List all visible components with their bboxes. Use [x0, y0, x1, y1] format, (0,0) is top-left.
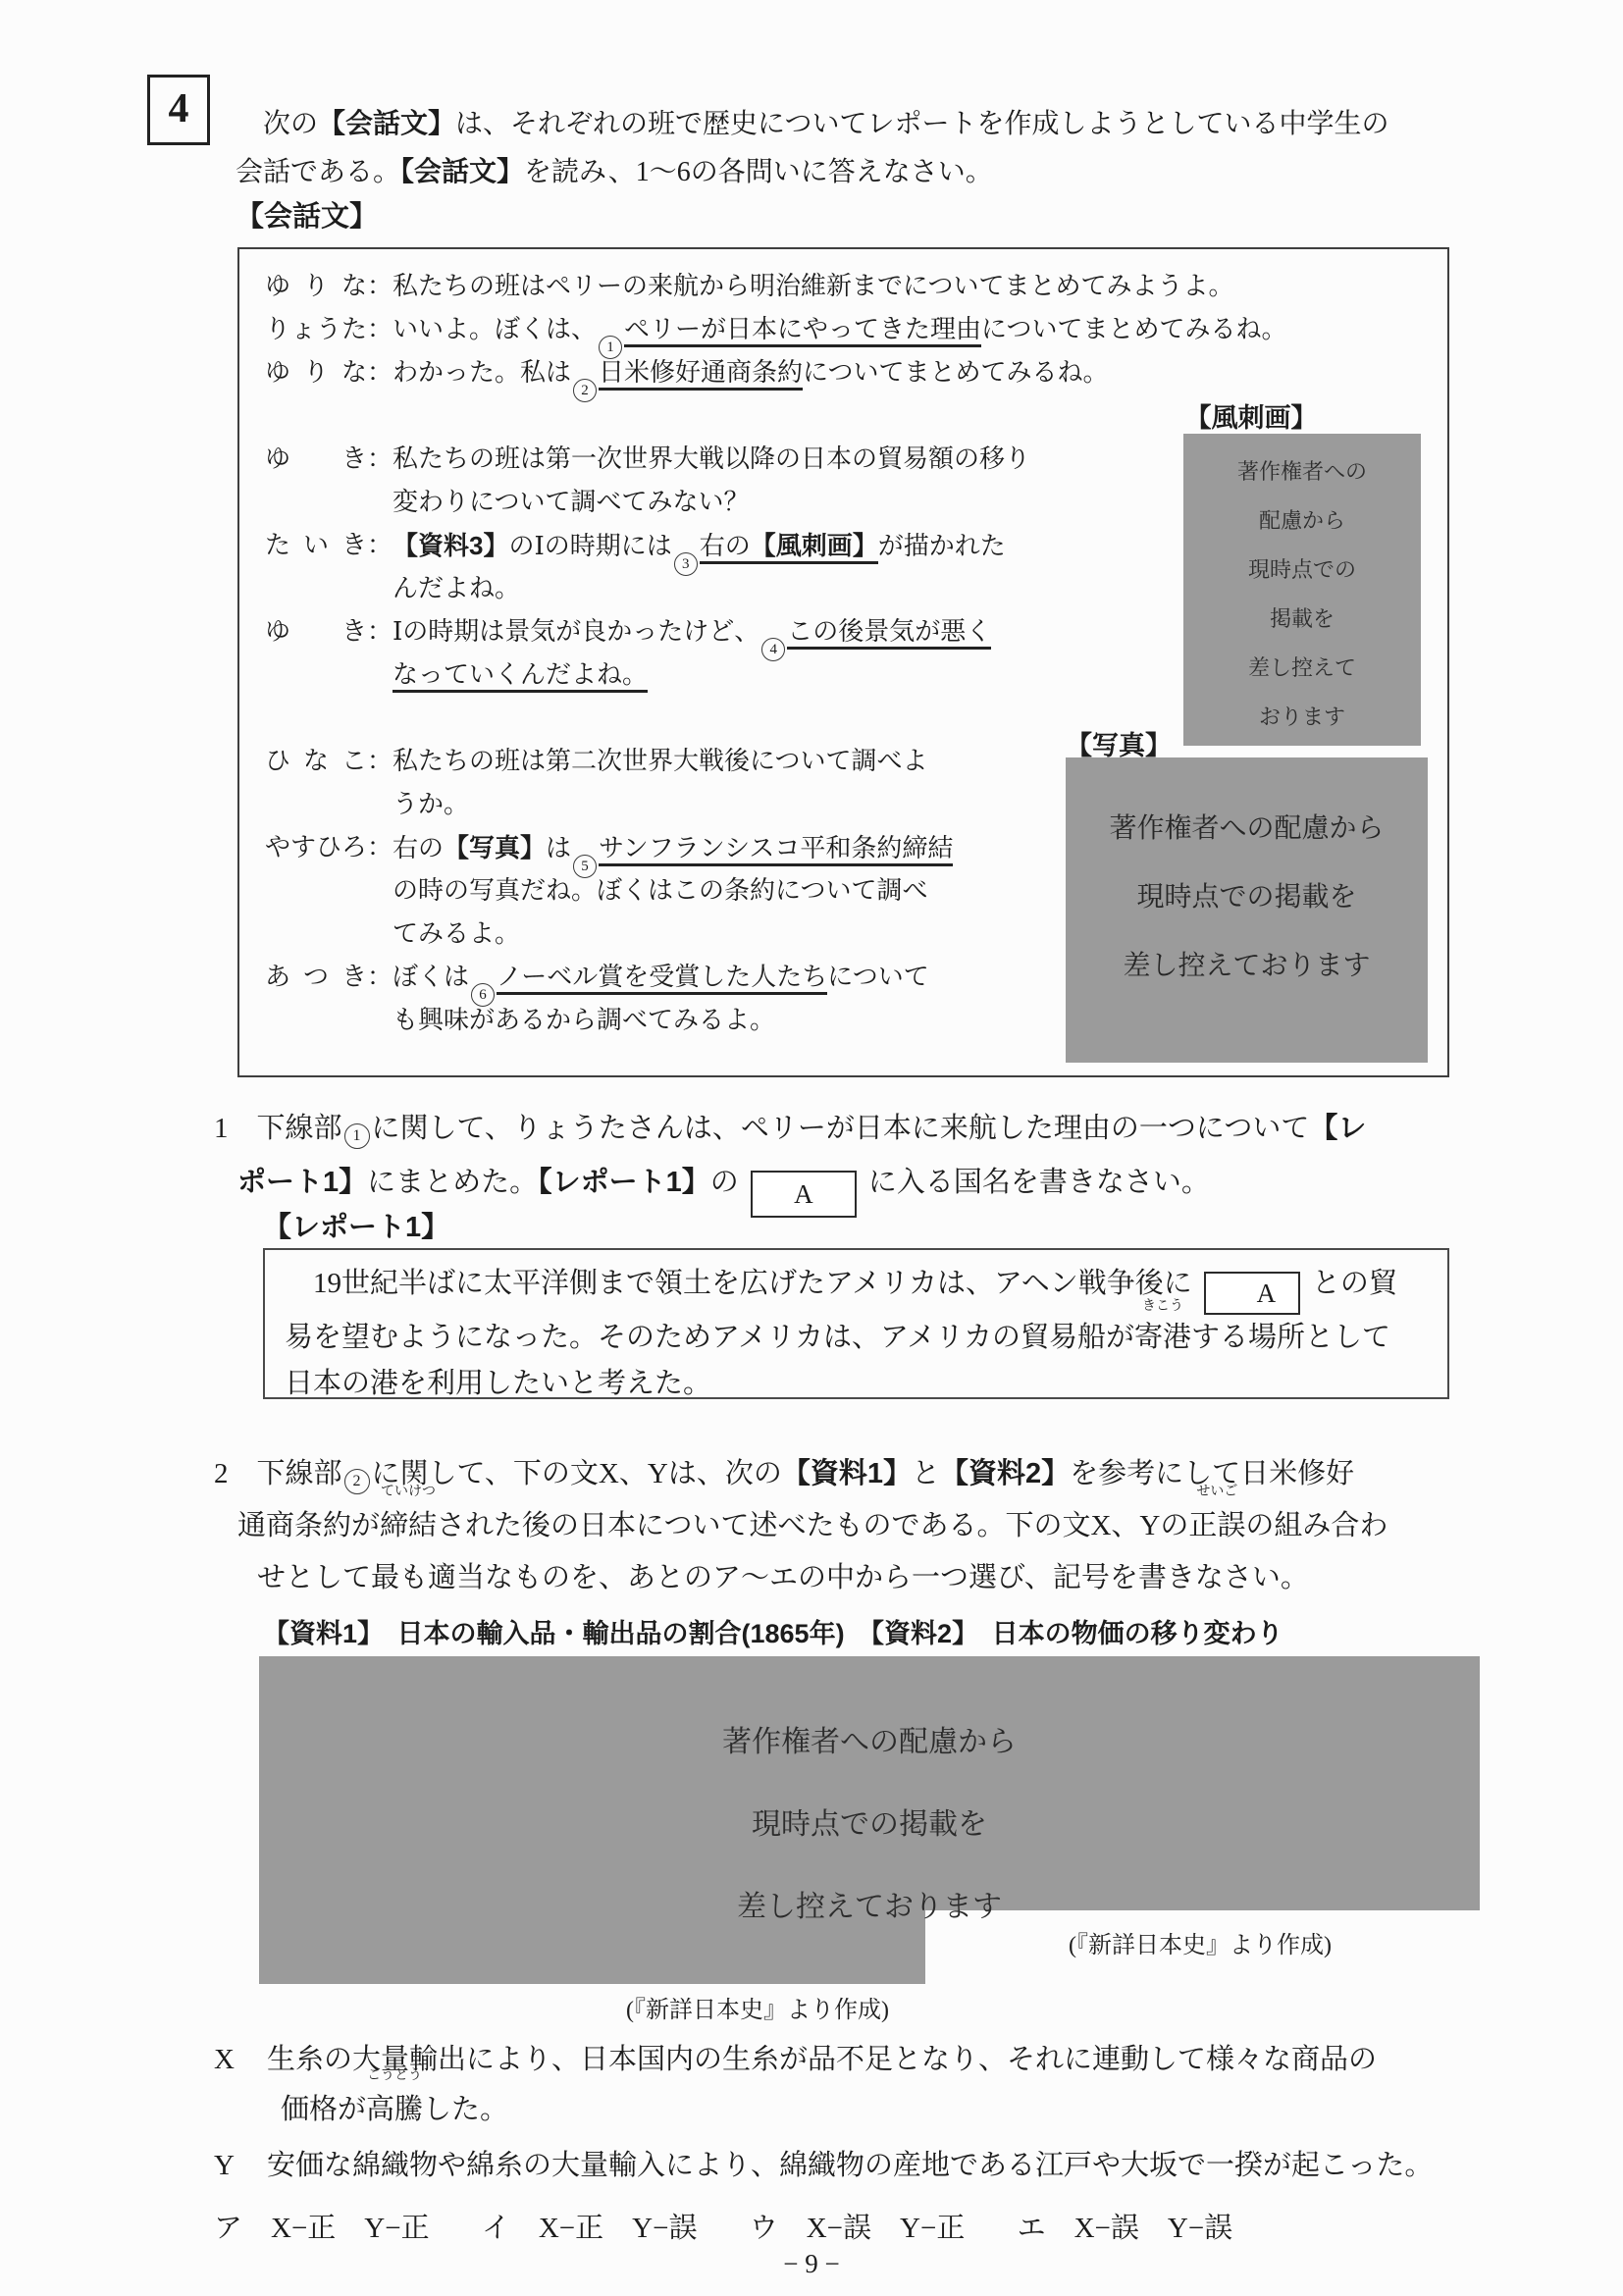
placeholder-line: 著作権者への配慮から	[259, 1701, 1480, 1784]
text-run: は、それぞれの班で歴史についてレポートを作成しようとしている中学生の	[455, 109, 1388, 139]
speaker-name: ゆき	[265, 438, 367, 481]
speech-body: わかった。私は2日米修好通商条約についてまとめてみるね。	[393, 351, 1447, 394]
statement-x-line-2: 価格が高騰こうとうした。	[281, 2084, 1377, 2135]
furigana: せいご	[1196, 1486, 1237, 1499]
statement-y-line-1: 安価な綿織物や綿糸の大量輸入により、綿織物の産地である江戸や大坂で一揆が起こった…	[267, 2141, 1433, 2190]
text-run: んだよね。	[393, 574, 520, 602]
speech-line: 私たちの班はペリーの来航から明治維新までについてまとめてみようよ。	[393, 265, 1447, 308]
speaker-name: ゆりな	[265, 351, 367, 394]
placeholder-line: 現時点での掲載を	[259, 1784, 1480, 1866]
text-run: の	[710, 1167, 739, 1198]
statement-x: X 生糸の大量輸出により、日本国内の生糸が品不足となり、それに連動して様々な商品…	[214, 2035, 1377, 2135]
choice-e: エ X−誤 Y−誤	[1018, 2213, 1233, 2244]
text-run: せとして最も適当なものを、あとのア～エの中から一つ選び、記号を書きなさい。	[257, 1562, 1309, 1593]
speaker-colon: ：	[367, 308, 393, 351]
circled-number: 2	[344, 1469, 370, 1494]
text-run: 【会話文】	[318, 108, 455, 138]
placeholder-line: 差し控えて	[1183, 644, 1421, 693]
speaker-colon: ：	[367, 956, 393, 999]
text-run: 変わりについて調べてみない？	[393, 488, 749, 516]
text-run: 会話である。	[236, 157, 400, 187]
text-run: との貿	[1312, 1268, 1397, 1299]
text-run: にまとめた。	[367, 1167, 538, 1198]
placeholder-line: 著作権者への配慮から	[1066, 795, 1428, 863]
text-run: に関して、りょうたさんは、ペリーが日本に来航した理由の一つについて	[372, 1113, 1310, 1144]
speech-body: 私たちの班はペリーの来航から明治維新までについてまとめてみようよ。	[393, 265, 1447, 308]
placeholder-line: おります	[1183, 693, 1421, 742]
intro-line-2: 会話である。【会話文】を読み、1～6の各問いに答えなさい。	[236, 148, 1388, 196]
speech-row: ゆりな：わかった。私は2日米修好通商条約についてまとめてみるね。	[265, 351, 1447, 394]
text-run: Ⅰの時期は景気が良かったけど、	[393, 617, 759, 646]
text-run: について	[827, 963, 928, 991]
statement-x-line-1: 生糸の大量輸出により、日本国内の生糸が品不足となり、それに連動して様々な商品の	[267, 2035, 1377, 2084]
text-run: いいよ。ぼくは、	[393, 315, 597, 343]
intro-line-1: 次の【会話文】は、それぞれの班で歴史についてレポートを作成しようとしている中学生…	[236, 100, 1388, 148]
report1-line-3: 日本の港を利用したいと考えた。	[285, 1361, 1428, 1406]
underlined-text: 【風刺画】	[751, 531, 878, 564]
circled-number: 1	[344, 1123, 370, 1149]
text-run: のⅠの時期には	[508, 532, 671, 560]
speaker-colon: ：	[367, 438, 393, 481]
q2-line-2: 通商条約が締結ていけつされた後の日本について述べたものである。下の文X、Yの正誤…	[237, 1500, 1387, 1552]
placeholder-line: 差し控えております	[1066, 932, 1428, 1001]
speaker-colon: ：	[367, 265, 393, 308]
circled-number: 6	[471, 983, 495, 1007]
circled-number: 4	[761, 638, 785, 661]
q2-line-3: せとして最も適当なものを、あとのア～エの中から一つ選び、記号を書きなさい。	[257, 1552, 1387, 1604]
text-run: てみるよ。	[393, 919, 520, 948]
text-run: うか。	[393, 790, 469, 818]
placeholder-line: 掲載を	[1183, 595, 1421, 644]
text-run: 価格が	[281, 2094, 366, 2125]
text-run: 【レ	[1309, 1113, 1366, 1144]
speaker-colon: ：	[367, 740, 393, 783]
text-run: 【会話文】	[400, 156, 524, 186]
placeholder-line: 配慮から	[1183, 496, 1421, 546]
choice-u: ウ X−誤 Y−正	[750, 2213, 966, 2244]
speech-body: いいよ。ぼくは、1ペリーが日本にやってきた理由についてまとめてみるね。	[393, 308, 1447, 351]
choice-i: イ X−正 Y−誤	[482, 2213, 698, 2244]
kaiwabun-label: 【会話文】	[236, 194, 378, 235]
question-2: 2 下線部2に関して、下の文X、Yは、次の【資料1】と【資料2】を参考にして日米…	[214, 1448, 1387, 1604]
underlined-text: 日米修好通商条約	[599, 358, 803, 391]
shiryo-placeholder-text: 著作権者への配慮から 現時点での掲載を 差し控えております	[259, 1701, 1480, 1949]
source-caption-left: (『新詳日本史』より作成)	[596, 1990, 919, 2024]
text-run: 私たちの班はペリーの来航から明治維新までについてまとめてみようよ。	[393, 272, 1233, 300]
text-run: 高騰こうとう	[366, 2084, 423, 2135]
text-run: が描かれた	[878, 532, 1006, 560]
text-run: する場所として	[1191, 1322, 1390, 1353]
underlined-text: この後景気が悪く	[787, 617, 991, 650]
q1-line-1: 1 下線部1に関して、りょうたさんは、ペリーが日本に来航した理由の一つについて【…	[214, 1105, 1366, 1152]
text-run: 正誤せいご	[1188, 1500, 1245, 1552]
text-run: 寄港きこう	[1134, 1315, 1191, 1361]
fuushiga-placeholder-image: 著作権者への 配慮から 現時点での 掲載を 差し控えて おります	[1183, 434, 1421, 746]
furigana: こうとう	[367, 2069, 422, 2083]
speaker-name: ひなこ	[265, 740, 367, 783]
speaker-name: ゆりな	[265, 265, 367, 308]
speaker-name: たいき	[265, 524, 367, 567]
speech-row: りょうた：いいよ。ぼくは、1ペリーが日本にやってきた理由についてまとめてみるね。	[265, 308, 1447, 351]
text-run: の組み合わ	[1245, 1510, 1387, 1541]
text-run: 右の	[393, 834, 444, 862]
text-run: 日本の港を利用したいと考えた。	[285, 1368, 711, 1399]
answer-blank-box: A	[751, 1171, 857, 1218]
statement-y: Y 安価な綿織物や綿糸の大量輸入により、綿織物の産地である江戸や大坂で一揆が起こ…	[214, 2141, 1433, 2190]
speaker-colon: ：	[367, 351, 393, 394]
text-run: 1 下線部	[214, 1113, 342, 1144]
text-run: 通商条約が	[237, 1510, 380, 1541]
fuushiga-label: 【風刺画】	[1138, 396, 1364, 435]
text-run: 生糸の大量輸出により、日本国内の生糸が品不足となり、それに連動して様々な商品の	[267, 2044, 1377, 2075]
report1-line-2: 易を望むようになった。そのためアメリカは、アメリカの貿易船が寄港きこうする場所と…	[285, 1315, 1428, 1361]
source-caption-right: (『新詳日本史』より作成)	[925, 1925, 1475, 1959]
speaker-name: ゆき	[265, 610, 367, 653]
text-run: 易を望むようになった。そのためアメリカは、アメリカの貿易船が	[285, 1322, 1134, 1353]
placeholder-line: 現時点での掲載を	[1066, 863, 1428, 932]
placeholder-line: 現時点での	[1183, 546, 1421, 595]
text-run: も興味があるから調べてみるよ。	[393, 1006, 775, 1034]
answer-blank-box: A	[1204, 1272, 1300, 1315]
furigana: ていけつ	[381, 1486, 436, 1499]
text-run: 【資料2】	[940, 1458, 1070, 1489]
underlined-text: サンフランシスコ平和条約締結	[599, 834, 953, 866]
report1-box: 19世紀半ばに太平洋側まで領土を広げたアメリカは、アヘン戦争後にAとの貿 易を望…	[263, 1248, 1449, 1399]
question-number-box: 4	[147, 75, 210, 145]
placeholder-line: 著作権者への	[1183, 447, 1421, 496]
report1-line-1: 19世紀半ばに太平洋側まで領土を広げたアメリカは、アヘン戦争後にAとの貿	[285, 1258, 1428, 1315]
statement-y-key: Y	[214, 2141, 267, 2190]
speaker-colon: ：	[367, 524, 393, 567]
text-run: についてまとめてみるね。	[803, 358, 1108, 387]
speaker-colon: ：	[367, 610, 393, 653]
text-run: 【レポート1】	[538, 1167, 710, 1198]
text-run: された後の日本について述べたものである。下の文X、Yの	[437, 1510, 1188, 1541]
text-run: 2 下線部	[214, 1458, 342, 1489]
underlined-text: なっていくんだよね。	[393, 660, 648, 693]
text-run: 私たちの班は第二次世界大戦後について調べよ	[393, 747, 927, 775]
page-number: − 9 −	[0, 2249, 1623, 2279]
text-run: 次の	[263, 109, 318, 139]
question-1: 1 下線部1に関して、りょうたさんは、ペリーが日本に来航した理由の一つについて【…	[214, 1105, 1366, 1218]
circled-number: 3	[674, 552, 698, 576]
statement-x-key: X	[214, 2035, 267, 2084]
text-run: した。	[423, 2094, 508, 2125]
text-run: の時の写真だね。ぼくはこの条約について調べ	[393, 876, 927, 905]
speech-line: わかった。私は2日米修好通商条約についてまとめてみるね。	[393, 351, 1447, 394]
underlined-text: 右の	[700, 532, 751, 564]
circled-number: 5	[573, 855, 597, 878]
text-run: を読み、1～6の各問いに答えなさい。	[524, 157, 993, 187]
exam-page: 4 次の【会話文】は、それぞれの班で歴史についてレポートを作成しようとしている中…	[0, 0, 1623, 2296]
text-run: 安価な綿織物や綿糸の大量輸入により、綿織物の産地である江戸や大坂で一揆が起こった…	[267, 2150, 1433, 2181]
text-run: わかった。私は	[393, 358, 571, 387]
speech-line: いいよ。ぼくは、1ペリーが日本にやってきた理由についてまとめてみるね。	[393, 308, 1447, 351]
speaker-name: やすひろ	[265, 826, 367, 869]
speaker-name: あつき	[265, 956, 367, 999]
speech-row: ゆりな：私たちの班はペリーの来航から明治維新までについてまとめてみようよ。	[265, 265, 1447, 308]
underlined-text: ノーベル賞を受賞した人たち	[497, 963, 827, 995]
choice-a: ア X−正 Y−正	[214, 2213, 430, 2244]
shashin-placeholder-image: 著作権者への配慮から 現時点での掲載を 差し控えております	[1066, 757, 1428, 1063]
text-run: 19世紀半ばに太平洋側まで領土を広げたアメリカは、アヘン戦争後に	[313, 1268, 1192, 1299]
text-run: 締結ていけつ	[380, 1500, 437, 1552]
text-run: についてまとめてみるね。	[981, 315, 1286, 343]
shiryo-caption: 【資料1】 日本の輸入品・輸出品の割合(1865年) 【資料2】 日本の物価の移…	[263, 1612, 1283, 1650]
circled-number: 1	[599, 336, 622, 359]
underlined-text: ペリーが日本にやってきた理由	[624, 315, 981, 347]
text-run: 【資料1】	[782, 1458, 912, 1489]
answer-choices: ア X−正 Y−正 イ X−正 Y−誤 ウ X−誤 Y−正 エ X−誤 Y−誤	[214, 2206, 1278, 2246]
text-run: は	[546, 834, 571, 862]
question-intro: 次の【会話文】は、それぞれの班で歴史についてレポートを作成しようとしている中学生…	[236, 100, 1388, 196]
report1-label: 【レポート1】	[263, 1205, 449, 1245]
text-run: に入る国名を書きなさい。	[868, 1167, 1210, 1198]
text-run: 私たちの班は第一次世界大戦以降の日本の貿易額の移り	[393, 444, 1030, 473]
furigana: きこう	[1142, 1300, 1183, 1314]
text-run: と	[912, 1458, 940, 1489]
speaker-colon: ：	[367, 826, 393, 869]
text-run: 【写真】	[444, 833, 546, 862]
text-run: 【資料3】	[393, 531, 508, 560]
text-run: ポート1】	[237, 1167, 367, 1198]
circled-number: 2	[573, 379, 597, 402]
speaker-name: りょうた	[265, 308, 367, 351]
text-run: ぼくは	[393, 963, 469, 991]
